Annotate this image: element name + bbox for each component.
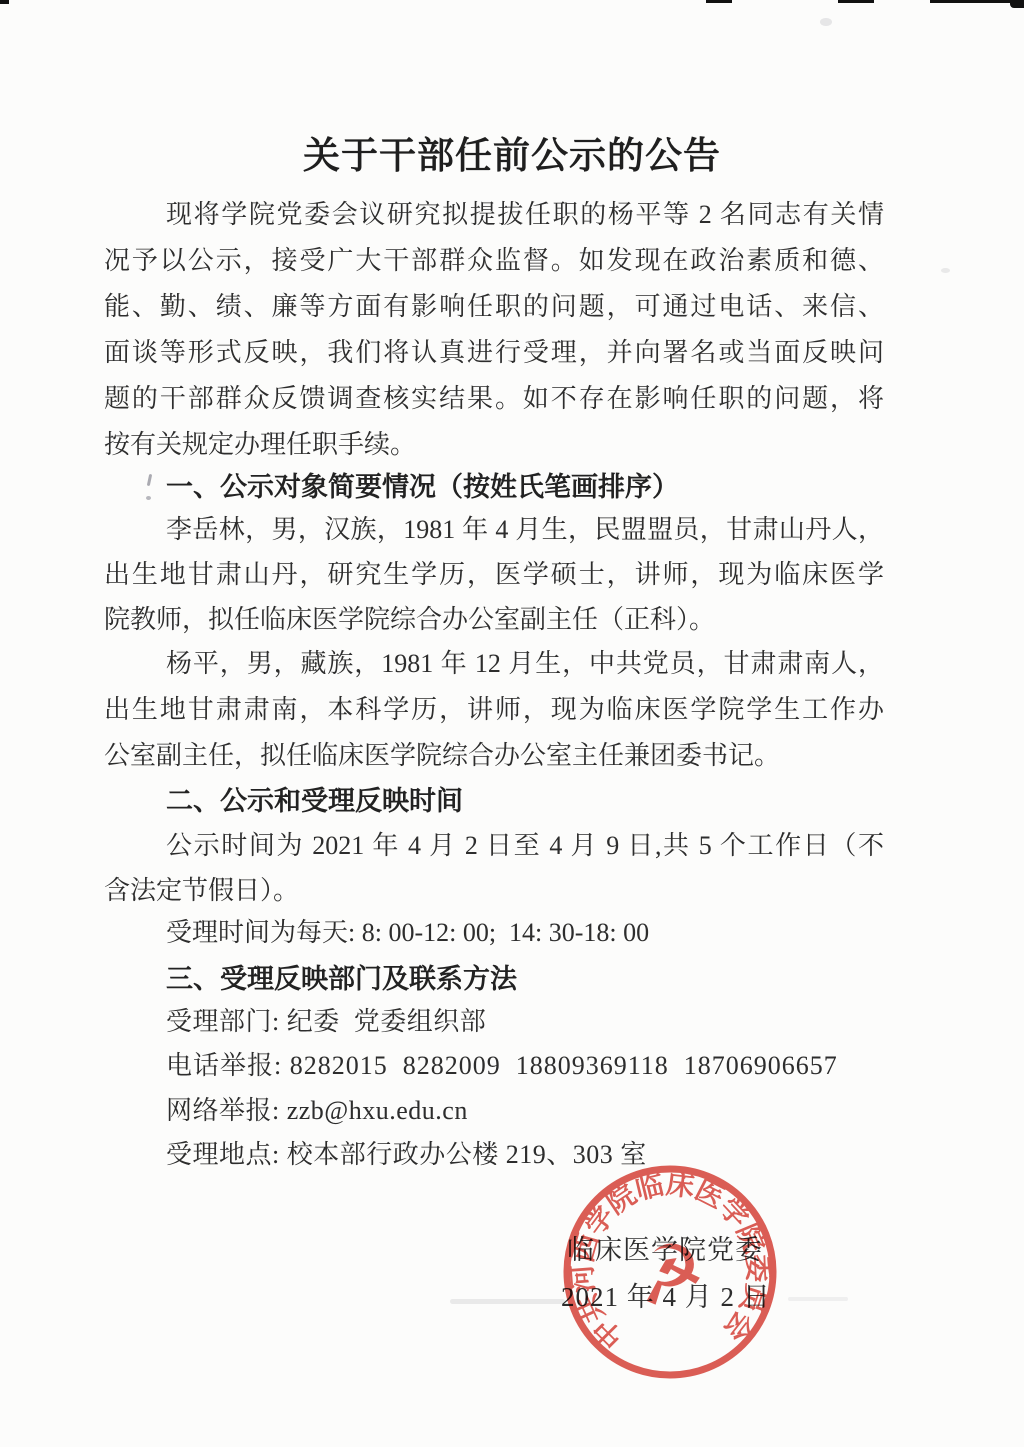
scan-smudge [788, 1297, 848, 1301]
text-line: 况予以公示，接受广大干部群众监督。如发现在政治素质和德、 [104, 238, 884, 284]
document-page: 关于干部任前公示的公告 现将学院党委会议研究拟提拔任职的杨平等 2 名同志有关情… [0, 0, 1024, 1447]
scan-smudge [820, 18, 832, 26]
signature-org: 临床医学院党委 [567, 1230, 763, 1270]
page-title: 关于干部任前公示的公告 [0, 132, 1024, 180]
text-line: 杨平，男，藏族，1981 年 12 月生，中共党员，甘肃肃南人， [104, 641, 884, 687]
text-line: 面谈等形式反映，我们将认真进行受理，并向署名或当面反映问 [104, 330, 884, 376]
text-line: 按有关规定办理任职手续。 [104, 422, 884, 468]
scan-artifact [838, 0, 874, 3]
person2-paragraph: 杨平，男，藏族，1981 年 12 月生，中共党员，甘肃肃南人， 出生地甘肃肃南… [104, 641, 884, 779]
section-heading-2: 二、公示和受理反映时间 [104, 781, 884, 821]
scan-smudge [450, 1299, 565, 1304]
scan-smudge [941, 268, 950, 273]
contact-email-line: 网络举报: zzb@hxu.edu.cn [104, 1088, 884, 1133]
scan-artifact [0, 0, 9, 4]
contact-address-line: 受理地点: 校本部行政办公楼 219、303 室 [104, 1132, 884, 1177]
text-line: 出生地甘肃肃南，本科学历，讲师，现为临床医学院学生工作办 [104, 687, 884, 733]
section-heading-1: 一、公示对象简要情况（按姓氏笔画排序） [104, 467, 884, 507]
text-line: 能、勤、绩、廉等方面有影响任职的问题，可通过电话、来信、 [104, 284, 884, 330]
signature-date: 2021 年 4 月 2 日 [561, 1277, 771, 1317]
text-line: 公示时间为 2021 年 4 月 2 日至 4 月 9 日,共 5 个工作日（不 [104, 823, 884, 868]
text-line: 公室副主任，拟任临床医学院综合办公室主任兼团委书记。 [104, 733, 884, 779]
text-line: 院教师，拟任临床医学院综合办公室副主任（正科）。 [104, 597, 884, 642]
intro-paragraph: 现将学院党委会议研究拟提拔任职的杨平等 2 名同志有关情 况予以公示，接受广大干… [104, 192, 884, 468]
section-heading-3: 三、受理反映部门及联系方法 [104, 959, 884, 999]
official-seal: 中共河西学院临床医学院委员会 ☭ [560, 1162, 780, 1382]
publicity-time-paragraph: 公示时间为 2021 年 4 月 2 日至 4 月 9 日,共 5 个工作日（不… [104, 823, 884, 913]
text-line: 李岳林，男，汉族，1981 年 4 月生，民盟盟员，甘肃山丹人， [104, 507, 884, 552]
person1-paragraph: 李岳林，男，汉族，1981 年 4 月生，民盟盟员，甘肃山丹人， 出生地甘肃山丹… [104, 507, 884, 642]
contact-phone-line: 电话举报: 8282015 8282009 18809369118 187069… [104, 1043, 884, 1088]
seal-ring [567, 1169, 773, 1375]
text-line: 现将学院党委会议研究拟提拔任职的杨平等 2 名同志有关情 [104, 192, 884, 238]
text-line: 出生地甘肃山丹，研究生学历，医学硕士，讲师，现为临床医学 [104, 552, 884, 597]
scan-artifact [1010, 0, 1024, 8]
text-line: 含法定节假日）。 [104, 868, 884, 913]
acceptance-time-line: 受理时间为每天: 8: 00-12: 00; 14: 30-18: 00 [104, 910, 884, 955]
scan-artifact [706, 0, 732, 3]
text-line: 题的干部群众反馈调查核实结果。如不存在影响任职的问题，将 [104, 376, 884, 422]
contact-department-line: 受理部门: 纪委 党委组织部 [104, 999, 884, 1044]
